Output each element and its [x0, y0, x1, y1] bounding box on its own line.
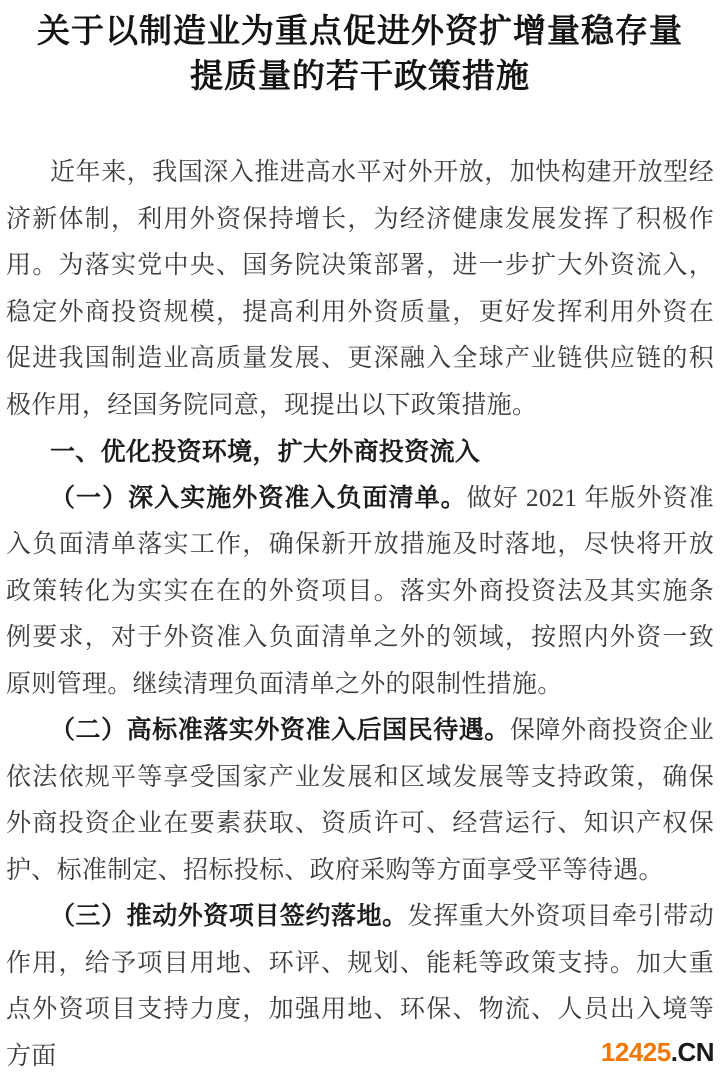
document-title: 关于以制造业为重点促进外资扩增量稳存量 提质量的若干政策措施	[0, 0, 720, 100]
section-heading: 一、优化投资环境，扩大外商投资流入	[6, 429, 714, 476]
paragraph-lead: （二）高标准落实外资准入后国民待遇。	[50, 717, 510, 744]
watermark-prefix: 12425	[601, 1037, 671, 1067]
paragraph-lead: （三）推动外资项目签约落地。	[50, 903, 408, 930]
paragraph-text: 近年来，我国深入推进高水平对外开放，加快构建开放型经济新体制，利用外资保持增长，…	[6, 159, 714, 419]
paragraph-lead: （一）深入实施外资准入负面清单。	[50, 485, 467, 512]
paragraph: （一）深入实施外资准入负面清单。做好 2021 年版外资准入负面清单落实工作，确…	[6, 476, 714, 709]
document-title-line-2: 提质量的若干政策措施	[0, 55, 720, 100]
document-title-line-1: 关于以制造业为重点促进外资扩增量稳存量	[0, 10, 720, 55]
document-body: 近年来，我国深入推进高水平对外开放，加快构建开放型经济新体制，利用外资保持增长，…	[0, 150, 720, 1075]
paragraph-lead: 一、优化投资环境，扩大外商投资流入	[50, 438, 480, 466]
watermark-suffix: .CN	[671, 1037, 714, 1067]
watermark: 12425.CN	[601, 1039, 714, 1065]
paragraph: 近年来，我国深入推进高水平对外开放，加快构建开放型经济新体制，利用外资保持增长，…	[6, 150, 714, 429]
paragraph-text: 做好 2021 年版外资准入负面清单落实工作，确保新开放措施及时落地，尽快将开放…	[6, 485, 714, 698]
document-page: 关于以制造业为重点促进外资扩增量稳存量 提质量的若干政策措施 近年来，我国深入推…	[0, 0, 720, 1075]
paragraph: （二）高标准落实外资准入后国民待遇。保障外商投资企业依法依规平等享受国家产业发展…	[6, 708, 714, 894]
